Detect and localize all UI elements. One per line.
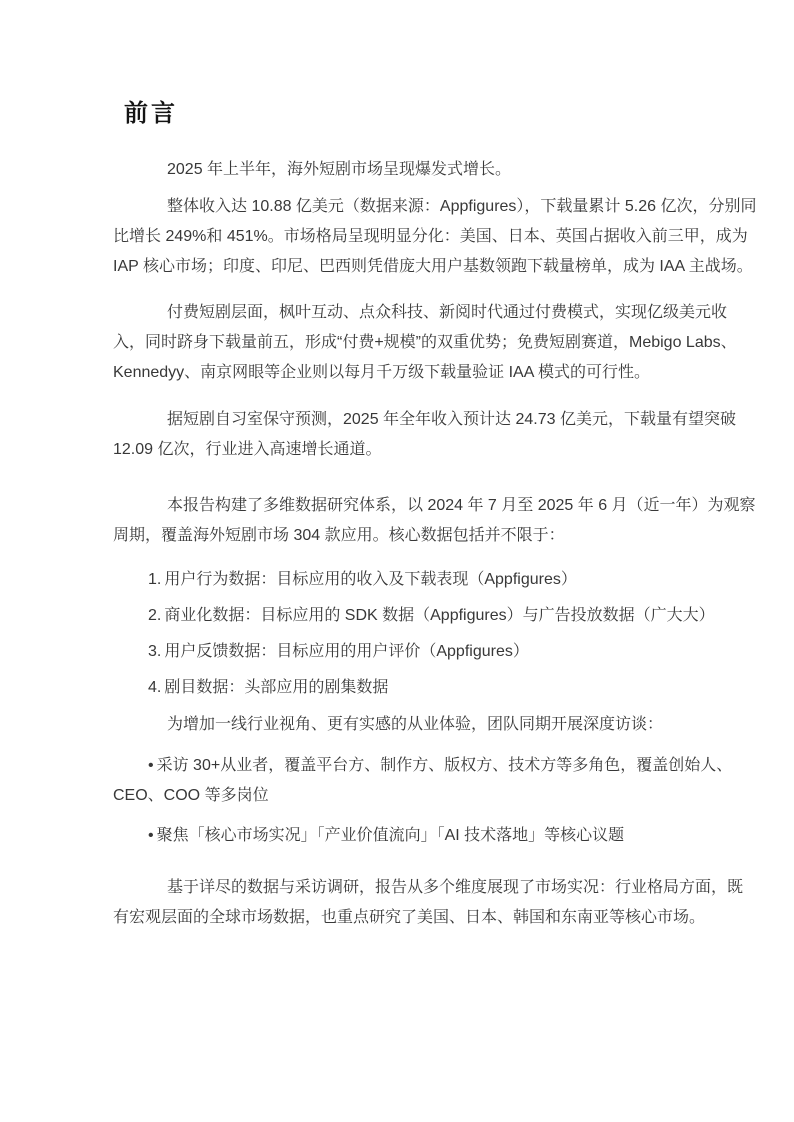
data-source-list: 1.用户行为数据：目标应用的收入及下载表现（Appfigures） 2.商业化数… [113, 565, 758, 703]
list-item-text: 用户反馈数据：目标应用的用户评价（Appfigures） [164, 643, 529, 660]
paragraph-paid-free-models: 付费短剧层面，枫叶互动、点众科技、新阅时代通过付费模式，实现亿级美元收入，同时跻… [113, 298, 758, 388]
paragraph-conclusion: 基于详尽的数据与采访调研，报告从多个维度展现了市场实况：行业格局方面，既有宏观层… [113, 873, 758, 933]
paragraph-interview-intro: 为增加一线行业视角、更有实感的从业体验，团队同期开展深度访谈： [113, 710, 758, 740]
paragraph-intro: 2025 年上半年，海外短剧市场呈现爆发式增长。 [113, 155, 758, 185]
bullet-item-text: 采访 30+从业者，覆盖平台方、制作方、版权方、技术方等多角色，覆盖创始人、CE… [113, 757, 732, 804]
list-item: 3.用户反馈数据：目标应用的用户评价（Appfigures） [113, 637, 758, 667]
page-title: 前言 [124, 99, 758, 129]
list-item-number: 1. [148, 571, 161, 588]
document-page: 前言 2025 年上半年，海外短剧市场呈现爆发式增长。 整体收入达 10.88 … [0, 0, 794, 1122]
bullet-item-text: 聚焦「核心市场实况」「产业价值流向」「AI 技术落地」等核心议题 [157, 827, 625, 844]
bullet-item: •采访 30+从业者，覆盖平台方、制作方、版权方、技术方等多角色，覆盖创始人、C… [113, 751, 758, 811]
list-item-text: 用户行为数据：目标应用的收入及下载表现（Appfigures） [164, 571, 577, 588]
paragraph-forecast: 据短剧自习室保守预测，2025 年全年收入预计达 24.73 亿美元，下载量有望… [113, 405, 758, 465]
list-item-number: 2. [148, 607, 161, 624]
bullet-icon: • [148, 827, 154, 844]
list-item: 4.剧目数据：头部应用的剧集数据 [113, 673, 758, 703]
list-item-text: 商业化数据：目标应用的 SDK 数据（Appfigures）与广告投放数据（广大… [164, 607, 714, 624]
paragraph-methodology: 本报告构建了多维数据研究体系，以 2024 年 7 月至 2025 年 6 月（… [113, 491, 758, 551]
list-item-text: 剧目数据：头部应用的剧集数据 [164, 679, 388, 696]
list-item: 2.商业化数据：目标应用的 SDK 数据（Appfigures）与广告投放数据（… [113, 601, 758, 631]
paragraph-market-overview: 整体收入达 10.88 亿美元（数据来源：Appfigures），下载量累计 5… [113, 192, 758, 282]
list-item-number: 3. [148, 643, 161, 660]
bullet-icon: • [148, 757, 154, 774]
list-item-number: 4. [148, 679, 161, 696]
list-item: 1.用户行为数据：目标应用的收入及下载表现（Appfigures） [113, 565, 758, 595]
bullet-item: •聚焦「核心市场实况」「产业价值流向」「AI 技术落地」等核心议题 [113, 821, 758, 851]
